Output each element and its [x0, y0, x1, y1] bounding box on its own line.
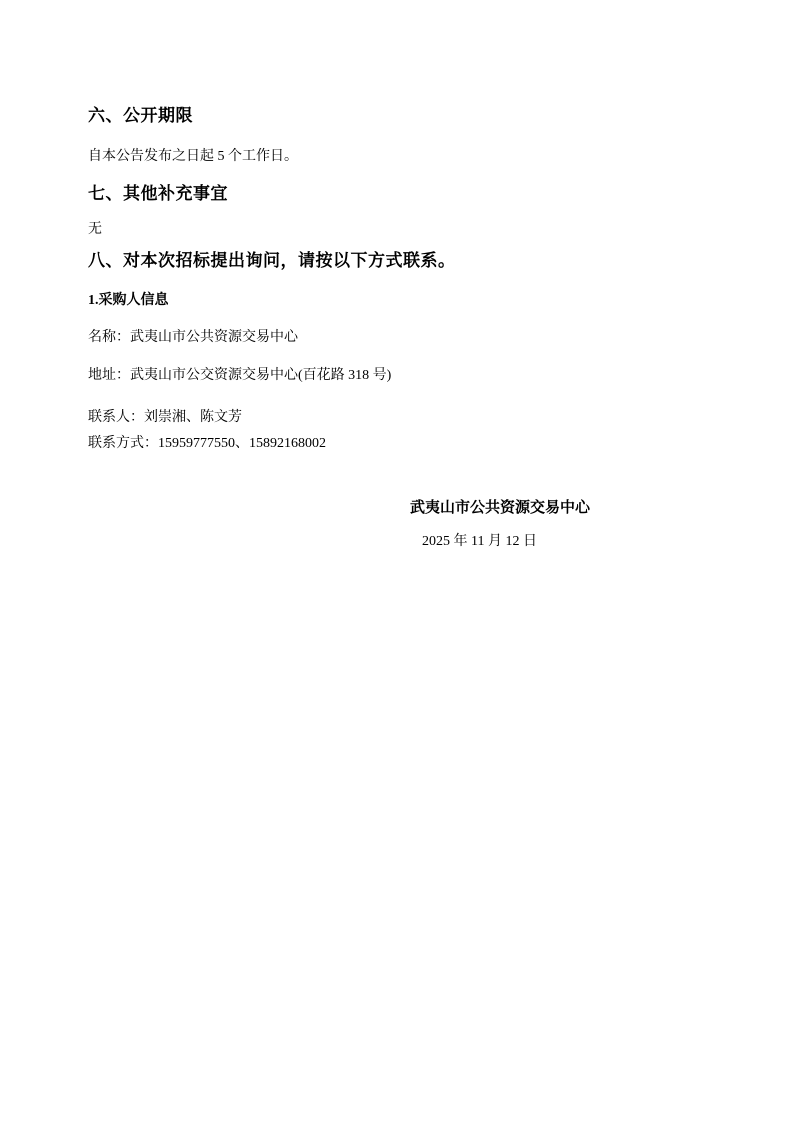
- section-eight-heading: 八、对本次招标提出询问，请按以下方式联系。: [88, 251, 456, 271]
- issue-date: 2025 年 11 月 12 日: [422, 534, 537, 550]
- section-six-body: 自本公告发布之日起 5 个工作日。: [88, 149, 298, 165]
- purchaser-phone-line: 联系方式：15959777550、15892168002: [88, 436, 326, 452]
- section-seven-heading: 七、其他补充事宜: [88, 184, 228, 204]
- purchaser-address-line: 地址：武夷山市公交资源交易中心(百花路 318 号): [88, 368, 391, 384]
- issuer-signature: 武夷山市公共资源交易中心: [410, 500, 590, 517]
- document-page: 六、公开期限 自本公告发布之日起 5 个工作日。 七、其他补充事宜 无 八、对本…: [0, 0, 793, 1122]
- purchaser-name-line: 名称：武夷山市公共资源交易中心: [88, 330, 298, 346]
- purchaser-info-heading: 1.采购人信息: [88, 293, 169, 309]
- purchaser-contact-line: 联系人：刘崇湘、陈文芳: [88, 410, 242, 426]
- section-six-heading: 六、公开期限: [88, 106, 193, 126]
- section-seven-body: 无: [88, 222, 102, 238]
